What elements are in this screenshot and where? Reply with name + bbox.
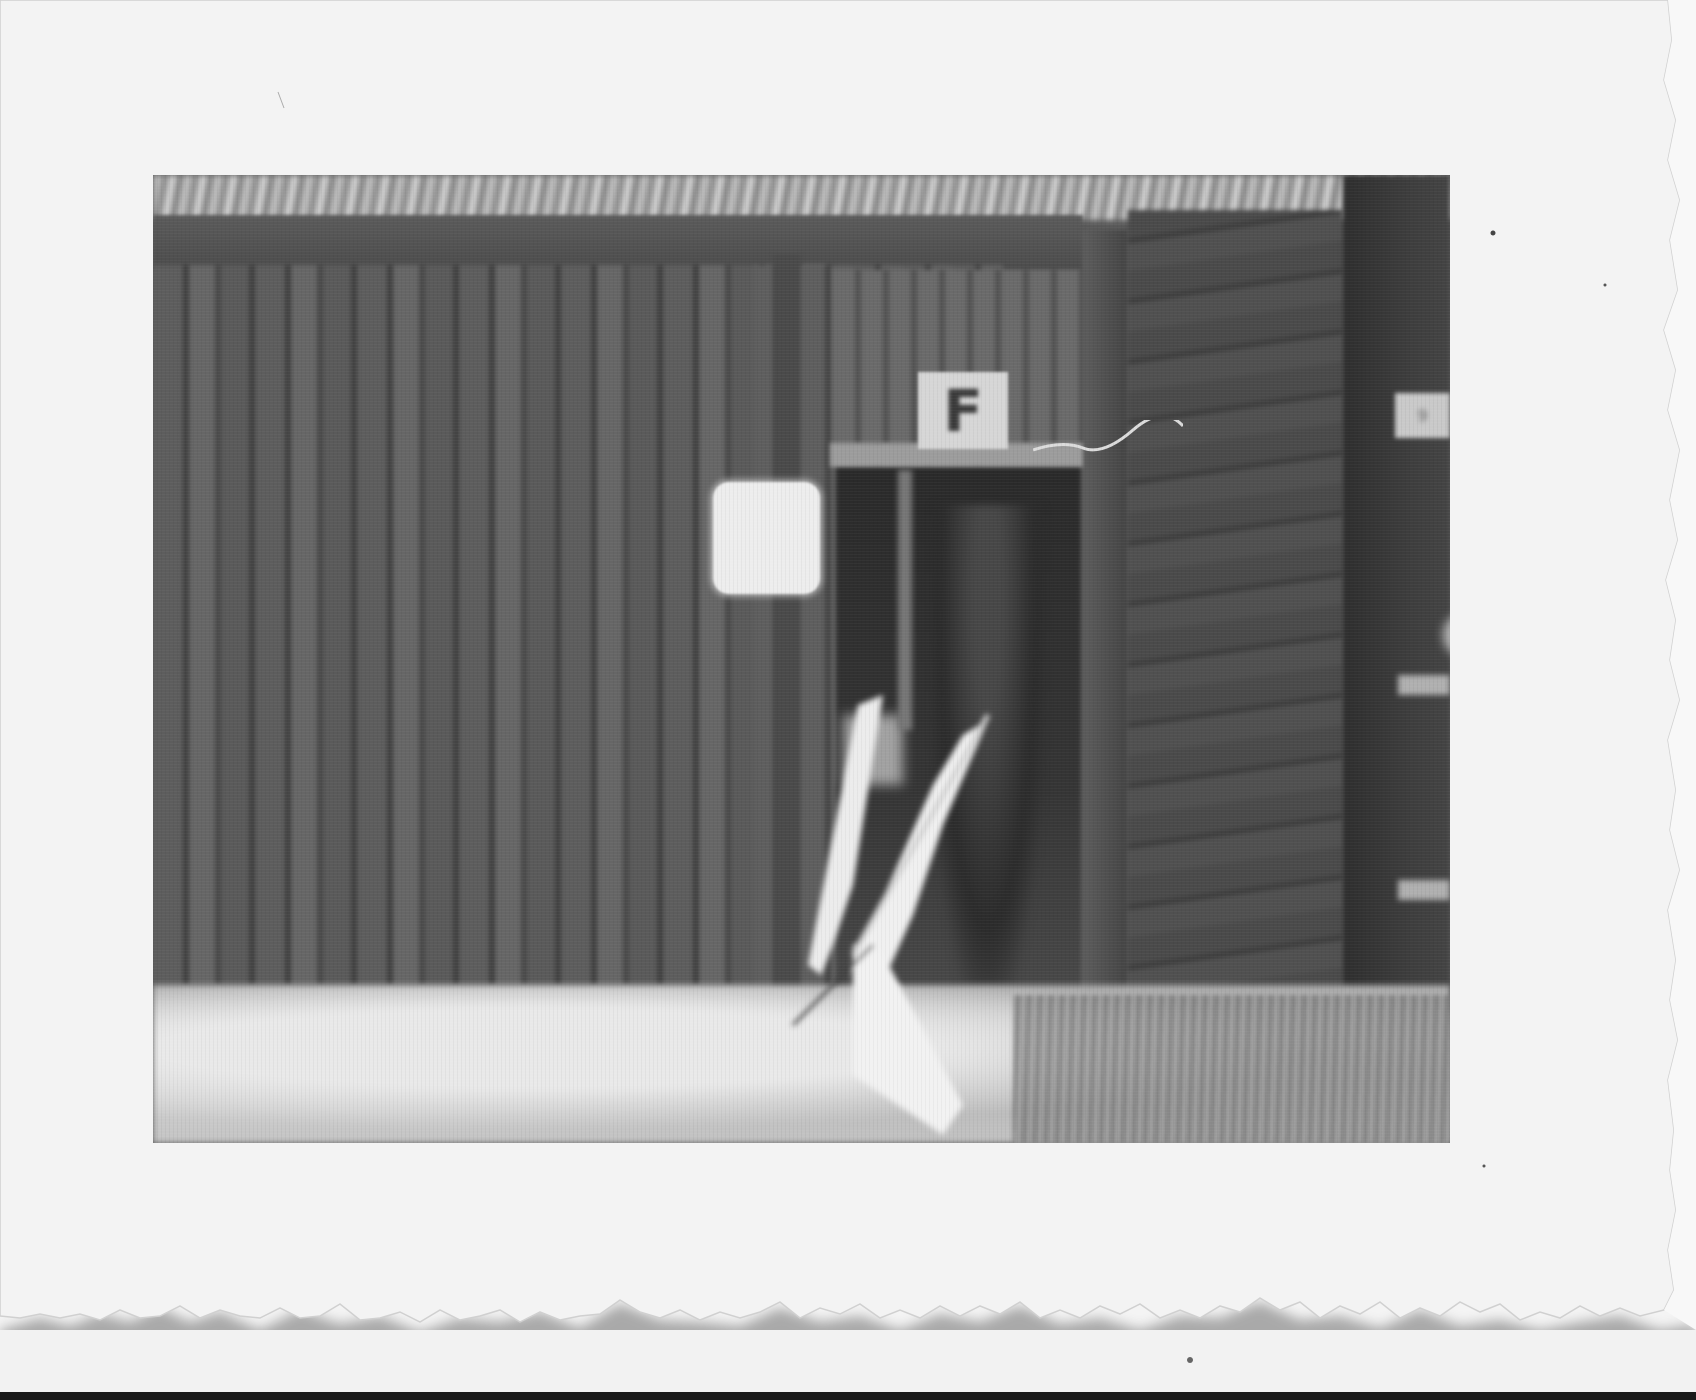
emulsion-crack bbox=[1033, 420, 1183, 455]
photograph: F 9 bbox=[153, 175, 1450, 1143]
photo-print: F 9 bbox=[0, 0, 1696, 1400]
scanner-edge bbox=[0, 1392, 1696, 1400]
